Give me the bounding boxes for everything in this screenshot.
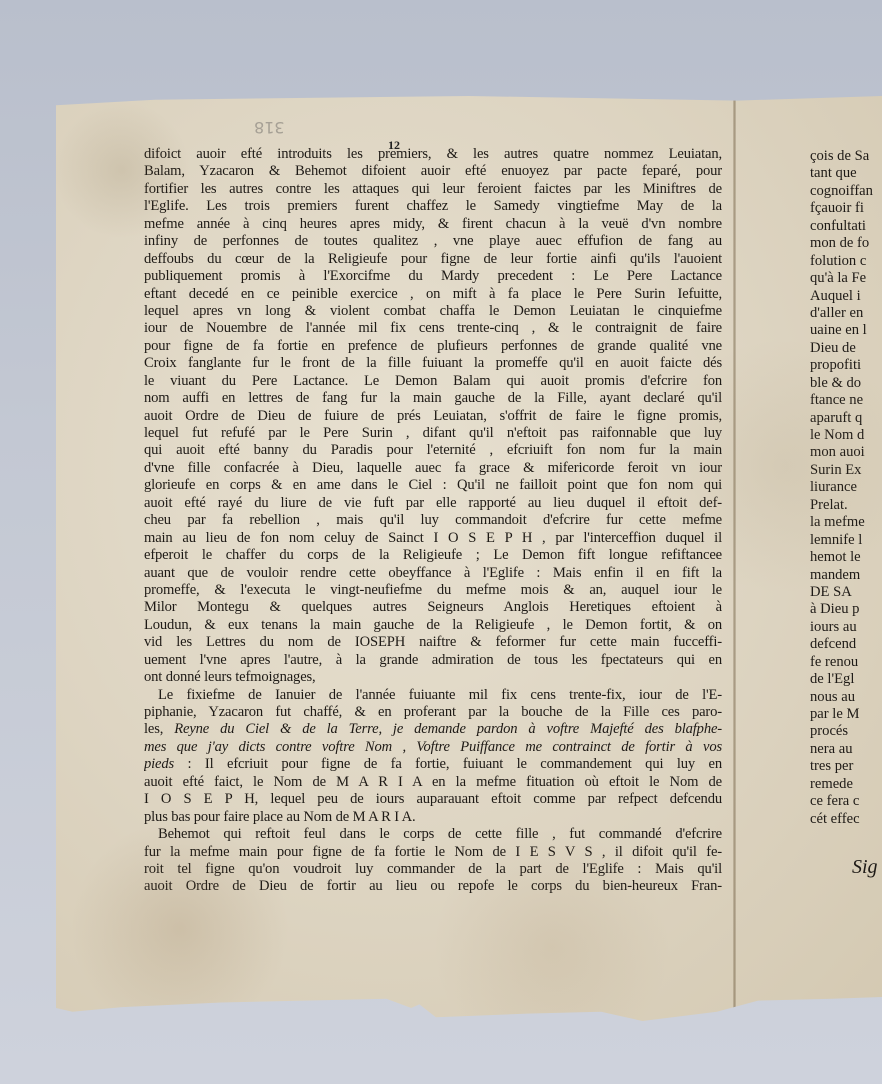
text-line: ftance ne: [810, 392, 882, 409]
italic-quote: pieds: [144, 756, 174, 772]
text-line: DE SA: [810, 584, 882, 601]
text-fragment: : Il efcriuit pour figne de fa fortie, f…: [174, 756, 722, 772]
text-line: auant que de vouloir rendre cette obeyff…: [144, 565, 722, 582]
text-line: efperoit le chaffer du corps de la Relig…: [144, 547, 722, 564]
text-line: procés: [810, 723, 882, 740]
right-page-text-fragment: çois de Sa tant que cognoiffan fçauoir f…: [810, 148, 882, 828]
paragraph-start-line: Le fixiefme de Ianuier de l'année fuiuan…: [144, 687, 722, 704]
text-line: fur la mefme main pour figne de fa forti…: [144, 844, 722, 861]
text-line: mon de fo: [810, 235, 882, 252]
text-line: auoit Ordre de Dieu de fuiure de prés Le…: [144, 408, 722, 425]
text-line: difoict auoir efté introduits les premie…: [144, 146, 722, 163]
text-line: uaine en l: [810, 322, 882, 339]
text-line: Milor Montegu & quelques autres Seigneur…: [144, 599, 722, 616]
text-line: plus bas pour faire place au Nom de M A …: [144, 809, 722, 826]
text-line: iours au: [810, 619, 882, 636]
text-line: nous au: [810, 689, 882, 706]
text-line: fçauoir fi: [810, 200, 882, 217]
text-line: nera au: [810, 741, 882, 758]
text-line: auoit efté faict, le Nom de M A R I A en…: [144, 774, 722, 791]
text-line: ont donné leurs tefmoignages,: [144, 669, 722, 686]
text-line: tres per: [810, 758, 882, 775]
text-line-italic-quote: les, Reyne du Ciel & de la Terre, je dem…: [144, 721, 722, 738]
text-line: Prelat.: [810, 497, 882, 514]
text-line: fe renou: [810, 654, 882, 671]
text-line: I O S E P H, lequel peu de iours auparau…: [144, 791, 722, 808]
text-line: folution c: [810, 253, 882, 270]
text-line: Balam, Yzacaron & Behemot difoient auoir…: [144, 163, 722, 180]
text-line: glorieufe en corps & en ame dans le Ciel…: [144, 477, 722, 494]
text-line: aparuft q: [810, 410, 882, 427]
text-line: main au lieu de fon nom celuy de Sainct …: [144, 530, 722, 547]
text-line: roit tel figne qu'on voudroit luy comman…: [144, 861, 722, 878]
text-line: confultati: [810, 218, 882, 235]
text-line: hemot le: [810, 549, 882, 566]
text-line: Auquel i: [810, 288, 882, 305]
page-fold: [733, 96, 736, 1021]
text-line: d'aller en: [810, 305, 882, 322]
text-line: eftant decedé en ce peinible exercice , …: [144, 286, 722, 303]
text-line: promeffe, & l'executa le vingt-neufiefme…: [144, 582, 722, 599]
text-line: auoit efté rayé du liure de vie fuft par…: [144, 495, 722, 512]
text-line: lequel apres vn long & violent combat ch…: [144, 303, 722, 320]
text-line: le viuant du Pere Lactance. Le Demon Bal…: [144, 373, 722, 390]
text-line: çois de Sa: [810, 148, 882, 165]
text-line: ble & do: [810, 375, 882, 392]
text-line: la mefme: [810, 514, 882, 531]
text-line: liurance: [810, 479, 882, 496]
text-line: iour de Nouembre de l'année mil fix cens…: [144, 320, 722, 337]
text-line: fortifier les autres contre les attaques…: [144, 181, 722, 198]
text-line: Dieu de: [810, 340, 882, 357]
text-line: qu'à la Fe: [810, 270, 882, 287]
text-line: Surin Ex: [810, 462, 882, 479]
text-line: mon auoi: [810, 444, 882, 461]
text-line: à Dieu p: [810, 601, 882, 618]
text-line: Croix fanglante fur le front de la fille…: [144, 355, 722, 372]
text-line: piphanie, Yzacaron fut chaffé, & en prof…: [144, 704, 722, 721]
text-line: l'Eglife. Les trois premiers furent chaf…: [144, 198, 722, 215]
text-line: vid les Lettres du nom de IOSEPH naiftre…: [144, 634, 722, 651]
signature-fragment: Sig: [852, 856, 878, 879]
text-line-italic-quote: pieds : Il efcriuit pour figne de fa for…: [144, 756, 722, 773]
text-line: lequel fut refufé par le Pere Surin , di…: [144, 425, 722, 442]
text-line: par le M: [810, 706, 882, 723]
pencil-catalog-mark: 318: [254, 118, 285, 137]
text-line: lemnife l: [810, 532, 882, 549]
text-line: publiquement promis à l'Exorcifme du Mar…: [144, 268, 722, 285]
text-line: infiny de perfonnes de toutes qualitez ,…: [144, 233, 722, 250]
text-fragment: les,: [144, 721, 174, 737]
text-line: auoit Ordre de Dieu de fortir au lieu ou…: [144, 878, 722, 895]
paragraph-start-line: Behemot qui reftoit feul dans le corps d…: [144, 826, 722, 843]
italic-quote: Reyne du Ciel & de la Terre, je demande …: [174, 721, 722, 737]
text-line: le Nom d: [810, 427, 882, 444]
italic-quote: mes que j'ay dicts contre voftre Nom , V…: [144, 739, 722, 755]
text-line: uement l'vne apres l'autre, à la grande …: [144, 652, 722, 669]
text-line: pour figne de fa fortie en prefence de p…: [144, 338, 722, 355]
text-line: ce fera c: [810, 793, 882, 810]
text-line: remede: [810, 776, 882, 793]
text-line: d'vne fille confacrée à Dieu, laquelle a…: [144, 460, 722, 477]
text-line: cognoiffan: [810, 183, 882, 200]
text-line: propofiti: [810, 357, 882, 374]
text-line: cheu par fa rebellion , mais qu'il luy c…: [144, 512, 722, 529]
text-line-italic-quote: mes que j'ay dicts contre voftre Nom , V…: [144, 739, 722, 756]
left-page-text: difoict auoir efté introduits les premie…: [144, 146, 722, 896]
text-line: mefme année à cinq heures apres midy, & …: [144, 216, 722, 233]
text-line: cét effec: [810, 811, 882, 828]
text-line: Loudun, & eux tenans la main gauche de l…: [144, 617, 722, 634]
text-line: de l'Egl: [810, 671, 882, 688]
text-line: nom auffi en lettres de fang fur la main…: [144, 390, 722, 407]
text-line: tant que: [810, 165, 882, 182]
text-line: mandem: [810, 567, 882, 584]
text-line: qui auoit efté banny du Paradis pour l'e…: [144, 442, 722, 459]
document-sheet: 318 12 difoict auoir efté introduits les…: [56, 96, 882, 1021]
text-line: deffoubs du cœur de la Religieufe pour f…: [144, 251, 722, 268]
text-line: defcend: [810, 636, 882, 653]
